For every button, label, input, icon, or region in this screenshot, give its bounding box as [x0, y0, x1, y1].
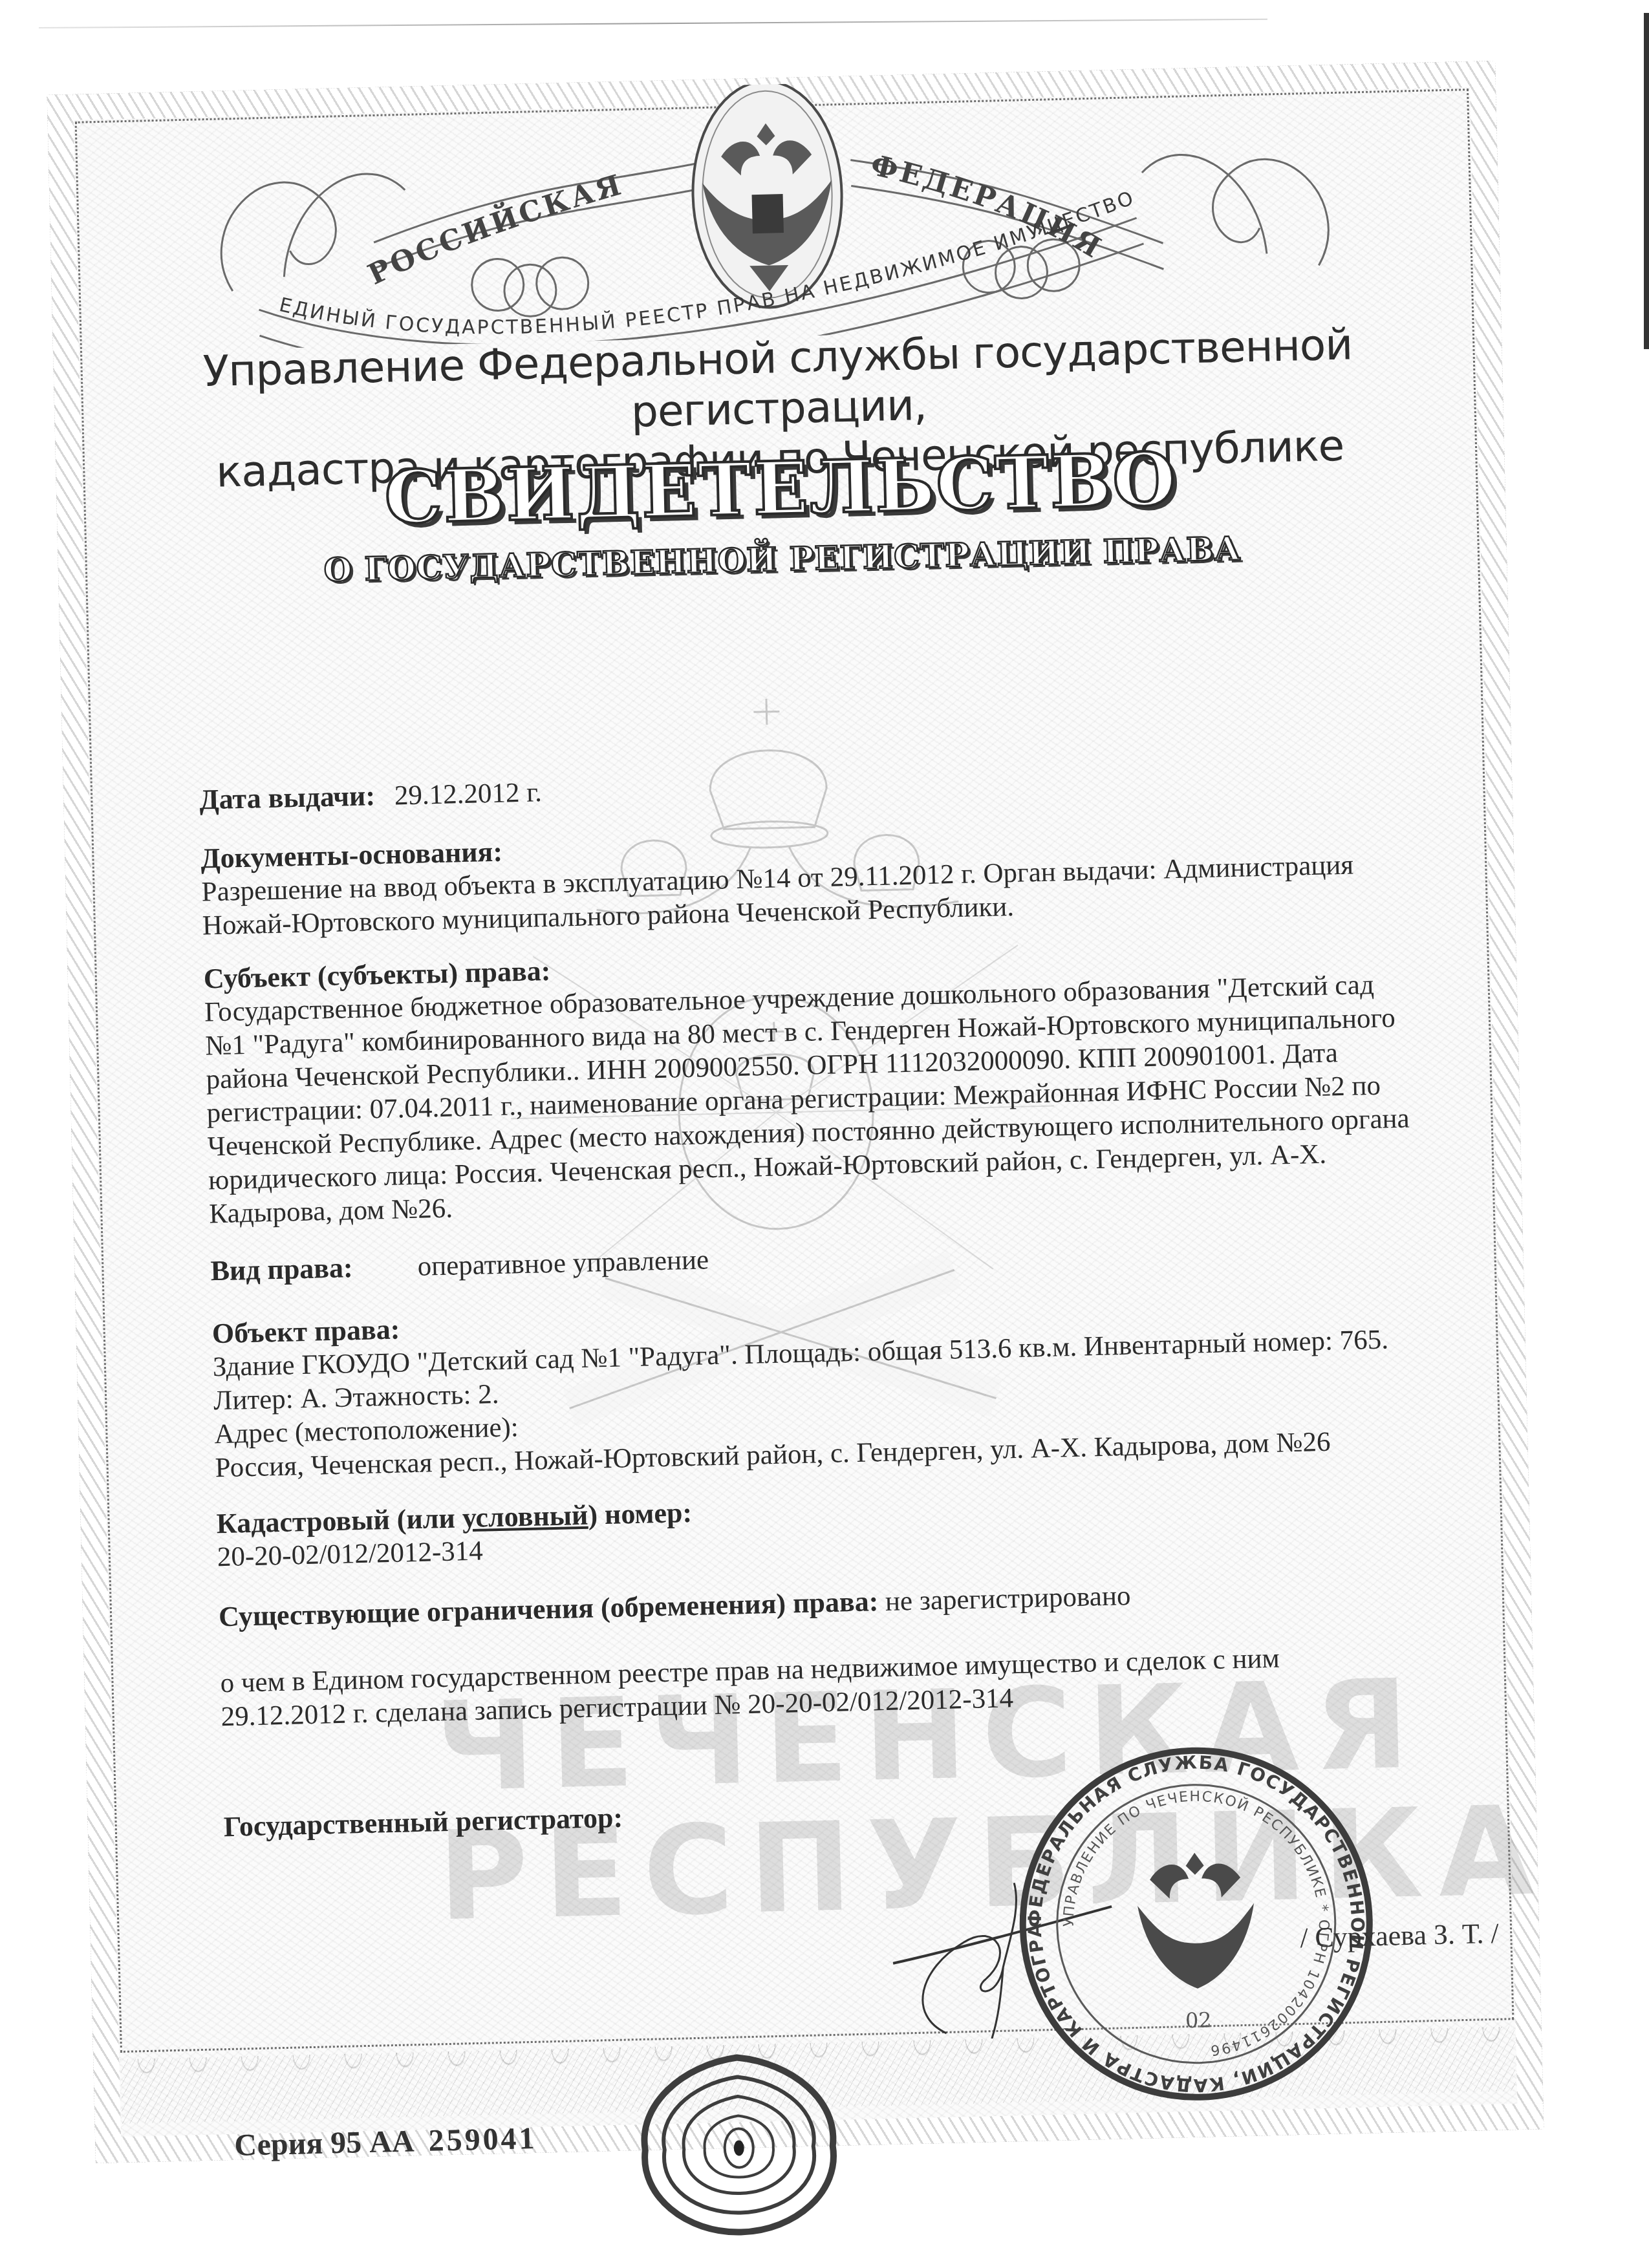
- right-type-field: Вид права: оперативное управление: [210, 1226, 1427, 1289]
- scan-artifact-line: [39, 19, 1267, 28]
- header-crest: РОССИЙСКАЯ ФЕДЕРАЦИЯ ЕДИНЫЙ ГОСУДАРСТВЕН…: [189, 70, 1359, 350]
- scan-edge: [1644, 13, 1649, 349]
- double-headed-eagle-emblem-icon: РОССИЙСКАЯ ФЕДЕРАЦИЯ ЕДИНЫЙ ГОСУДАРСТВЕН…: [189, 70, 1359, 350]
- guilloche-rosette-icon: [630, 2049, 848, 2241]
- certificate-sheet: РОССИЙСКАЯ ФЕДЕРАЦИЯ ЕДИНЫЙ ГОСУДАРСТВЕН…: [47, 61, 1544, 2163]
- series-serial: 259041: [428, 2121, 537, 2158]
- registrar-name: / Сурхаева З. Т. /: [1300, 1917, 1500, 1954]
- basis-documents-field: Документы-основания: Разрешение на ввод …: [200, 813, 1418, 943]
- issue-date-value: 29.12.2012 г.: [394, 776, 542, 813]
- series-number: Серия 95 АА259041: [234, 2121, 537, 2163]
- right-type-value: оперативное управление: [417, 1243, 709, 1284]
- encumbrances-value: не зарегистрировано: [885, 1581, 1130, 1617]
- encumbrances-label: Существующие ограничения (обременения) п…: [219, 1585, 879, 1632]
- cadastral-field: Кадастровый (или условный) номер: 20-20-…: [216, 1479, 1433, 1574]
- certificate-body: Дата выдачи: 29.12.2012 г. Документы-осн…: [199, 754, 1440, 1861]
- object-field: Объект права: Здание ГКОУДО "Детский сад…: [211, 1289, 1431, 1485]
- registry-record: о чем в Едином государственном реестре п…: [220, 1638, 1437, 1734]
- right-type-label: Вид права:: [210, 1251, 353, 1288]
- subjects-field: Субъект (субъекты) права: Государственно…: [203, 934, 1425, 1231]
- subjects-value: Государственное бюджетное образовательно…: [204, 967, 1425, 1231]
- svg-text:02: 02: [1185, 2007, 1212, 2033]
- issue-date-label: Дата выдачи:: [199, 779, 376, 817]
- series-label: Серия 95 АА: [234, 2124, 415, 2163]
- encumbrances-field: Существующие ограничения (обременения) п…: [219, 1572, 1435, 1634]
